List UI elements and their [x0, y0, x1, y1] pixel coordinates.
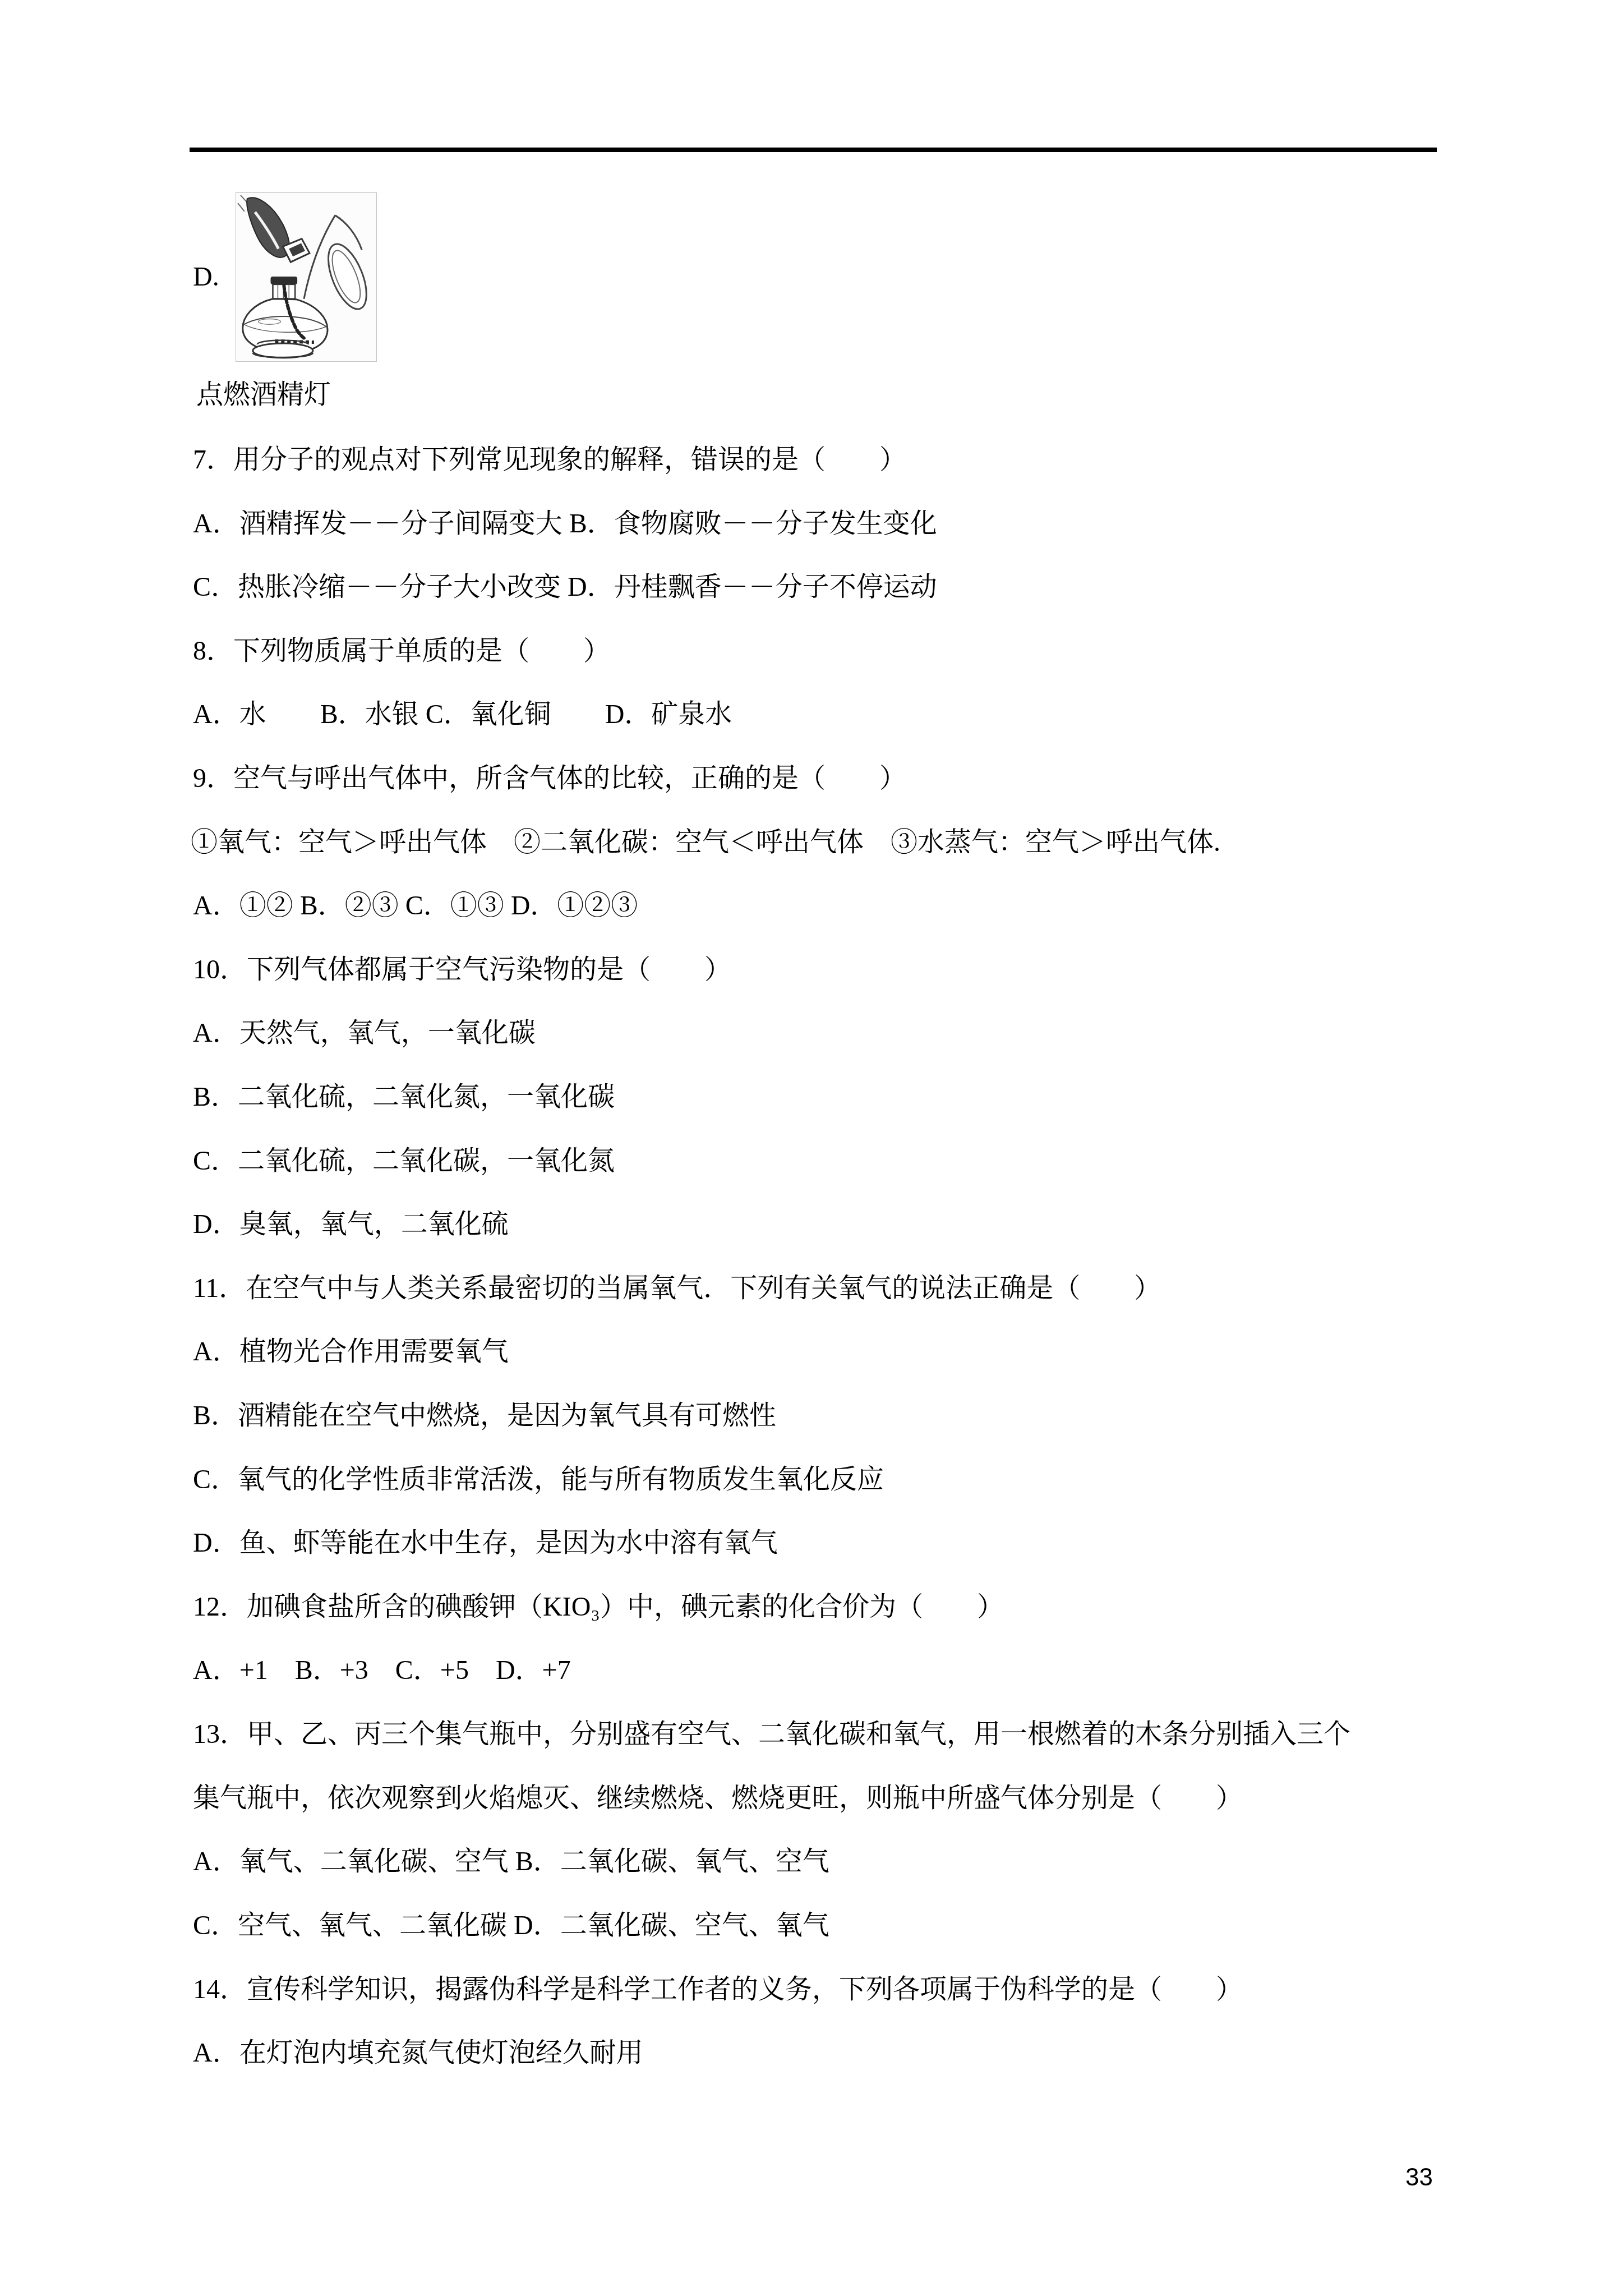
question-8: 8．下列物质属于单质的是（ ）: [193, 636, 610, 667]
q10-option-b: B．二氧化硫，二氧化氮，一氧化碳: [193, 1082, 615, 1113]
lamp-cap: [304, 215, 374, 314]
q10-option-c: C．二氧化硫，二氧化碳，一氧化氮: [193, 1145, 615, 1177]
question-10: 10．下列气体都属于空气污染物的是（ ）: [193, 954, 731, 986]
question-14: 14．宣传科学知识，揭露伪科学是科学工作者的义务，下列各项属于伪科学的是（ ）: [193, 1974, 1243, 2005]
q11-option-c: C．氧气的化学性质非常活泼，能与所有物质发生氧化反应: [193, 1464, 884, 1496]
page-number: 33: [1405, 2164, 1433, 2191]
option-d-label: D.: [193, 261, 219, 293]
q9-options: A．①② B．②③ C．①③ D．①②③: [193, 890, 638, 922]
q11-option-b: B．酒精能在空气中燃烧，是因为氧气具有可燃性: [193, 1400, 776, 1432]
q9-statements: ①氧气：空气＞呼出气体 ②二氧化碳：空气＜呼出气体 ③水蒸气：空气＞呼出气体.: [191, 827, 1220, 858]
question-7: 7．用分子的观点对下列常见现象的解释，错误的是（ ）: [193, 444, 906, 476]
question-13-line1: 13．甲、乙、丙三个集气瓶中，分别盛有空气、二氧化碳和氧气，用一根燃着的木条分别…: [193, 1719, 1350, 1750]
header-rule: [190, 148, 1437, 152]
q7-options-ab: A．酒精挥发－－分子间隔变大 B．食物腐败－－分子发生变化: [193, 508, 937, 540]
question-9: 9．空气与呼出气体中，所含气体的比较，正确的是（ ）: [193, 763, 906, 794]
figure-caption: 点燃酒精灯: [196, 379, 331, 411]
q12-options: A．+1 B．+3 C．+5 D．+7: [193, 1655, 571, 1686]
exam-page: D.: [0, 0, 1623, 2296]
q13-options-cd: C．空气、氧气、二氧化碳 D．二氧化碳、空气、氧气: [193, 1910, 829, 1941]
q14-option-a: A．在灯泡内填充氮气使灯泡经久耐用: [193, 2037, 643, 2069]
question-11: 11．在空气中与人类关系最密切的当属氧气．下列有关氧气的说法正确是（ ）: [193, 1273, 1161, 1304]
question-13-line2: 集气瓶中，依次观察到火焰熄灭、继续燃烧、燃烧更旺，则瓶中所盛气体分别是（ ）: [193, 1783, 1243, 1814]
q10-option-d: D．臭氧，氧气，二氧化硫: [193, 1209, 509, 1240]
match-flame-icon: [238, 195, 289, 257]
q11-option-a: A．植物光合作用需要氧气: [193, 1336, 509, 1368]
alcohol-lamp-illustration: [236, 193, 376, 361]
q11-option-d: D．鱼、虾等能在水中生存，是因为水中溶有氧气: [193, 1527, 778, 1559]
q13-options-ab: A．氧气、二氧化碳、空气 B．二氧化碳、氧气、空气: [193, 1846, 829, 1878]
question-12: 12．加碘食盐所含的碘酸钾（KIO₃）中，碘元素的化合价为（ ）: [193, 1591, 1004, 1623]
alcohol-lamp: [243, 277, 328, 358]
question-option-d-figure: [236, 192, 377, 362]
q8-options: A．水 B．水银 C．氧化铜 D．矿泉水: [193, 699, 732, 730]
q7-options-cd: C．热胀冷缩－－分子大小改变 D．丹桂飘香－－分子不停运动: [193, 572, 937, 603]
q10-option-a: A．天然气，氧气，一氧化碳: [193, 1018, 536, 1049]
